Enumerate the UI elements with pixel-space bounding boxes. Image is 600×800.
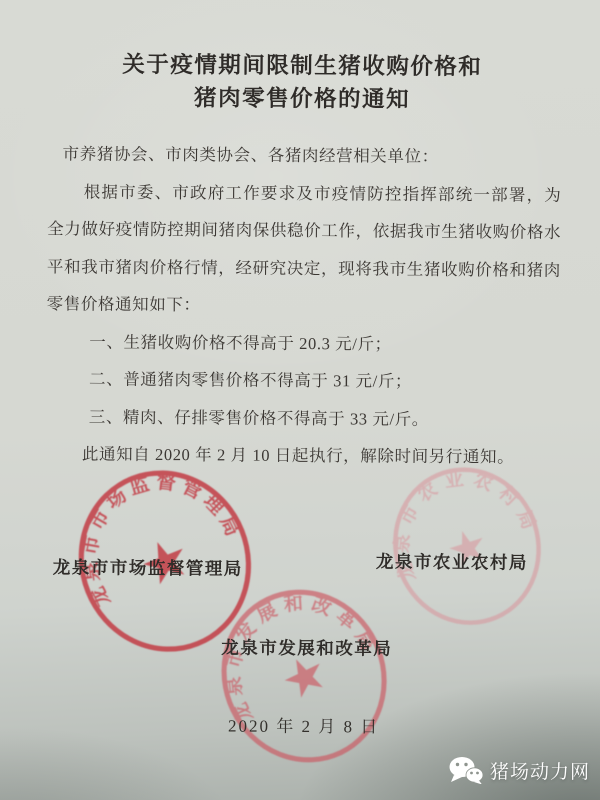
title-line-1: 关于疫情期间限制生猪收购价格和	[2, 47, 600, 84]
body-paragraph: 根据市委、市政府工作要求及市疫情防控指挥部统一部署，为全力做好疫情防控期间猪肉保…	[47, 173, 562, 327]
notice-item-1: 一、生猪收购价格不得高于 20.3 元/斤；	[46, 323, 560, 364]
notice-date: 2020 年 2 月 8 日	[10, 710, 598, 739]
notice-sheet: 关于疫情期间限制生猪收购价格和 猪肉零售价格的通知 市养猪协会、市肉类协会、各猪…	[0, 0, 600, 800]
title-line-2: 猪肉零售价格的通知	[2, 80, 600, 117]
notice-title: 关于疫情期间限制生猪收购价格和 猪肉零售价格的通知	[2, 47, 600, 117]
notice-item-3: 三、精肉、仔排零售价格不得高于 33 元/斤。	[46, 398, 560, 439]
salutation: 市养猪协会、市肉类协会、各猪肉经营相关单位：	[48, 135, 562, 176]
watermark-label: 猪场动力网	[490, 757, 590, 784]
signature-development-reform-bureau: 龙泉市发展和改革局	[221, 634, 392, 660]
watermark: 猪场动力网	[449, 756, 590, 784]
document-photo: 关于疫情期间限制生猪收购价格和 猪肉零售价格的通知 市养猪协会、市肉类协会、各猪…	[0, 0, 600, 800]
signature-agriculture-bureau: 龙泉市农业农村局	[376, 549, 528, 575]
notice-body: 市养猪协会、市肉类协会、各猪肉经营相关单位： 根据市委、市政府工作要求及市疫情防…	[45, 135, 561, 476]
notice-item-2: 二、普通猪肉零售价格不得高于 31 元/斤；	[46, 360, 560, 401]
wechat-icon	[449, 756, 483, 784]
signature-market-bureau: 龙泉市市场监督管理局	[53, 554, 243, 580]
